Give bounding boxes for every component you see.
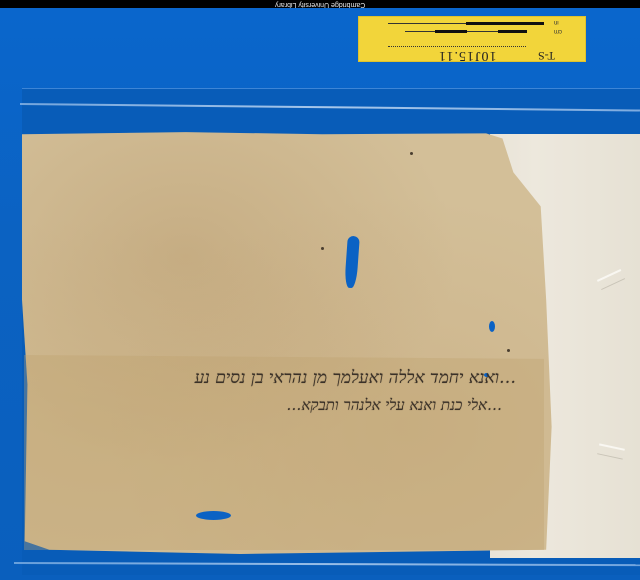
shelfmark-label: in cm 10J15.11 T-S [358,16,586,62]
hinge-mark-lower [597,443,625,459]
shelfmark-number: 10J15.11 [438,47,496,63]
manuscript-text-line-1: …ואנא יחמד אללה ואעלמך מן נהראי בן נסים … [36,368,516,388]
shelfmark-prefix: T-S [538,48,555,63]
scale-bar-cm-2 [498,30,527,33]
ink-speck [410,152,413,155]
worm-hole-2 [196,511,231,520]
worm-hole-3 [489,321,495,332]
header-bar: Cambridge University Library [0,0,640,8]
hinge-mark-upper [597,269,625,290]
ink-speck [507,349,510,352]
scale-unit-cm: cm [554,28,562,34]
library-credit: Cambridge University Library [275,0,365,8]
scale-bar-cm-1 [435,30,467,33]
scale-unit-in: in [554,19,559,25]
scale-bar-in [466,22,544,25]
ink-speck [321,247,324,250]
manuscript-text-line-2: …אלי כנת ואנא עלי אלנהר ותבקא… [262,396,502,415]
